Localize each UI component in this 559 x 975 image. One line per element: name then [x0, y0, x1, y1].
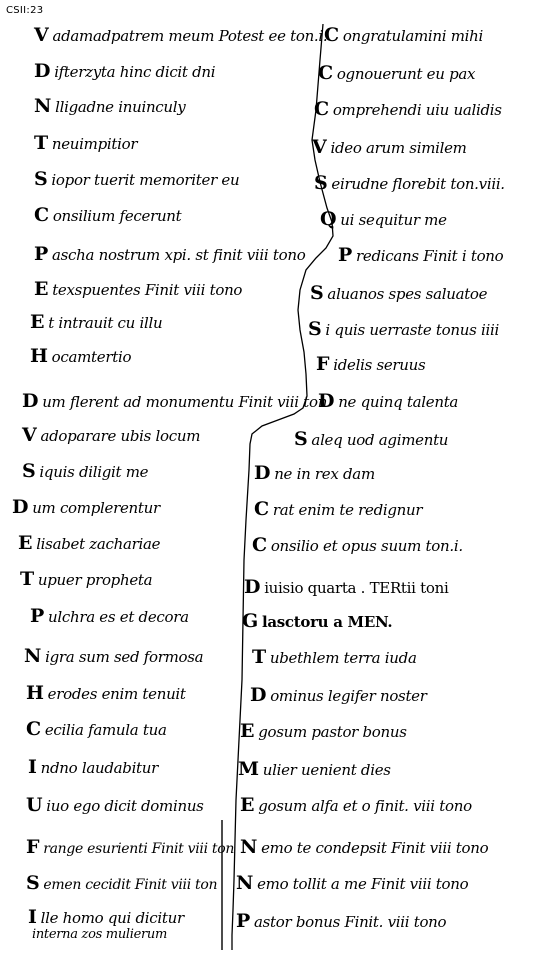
incipit-text: lasctoru a MEN.: [262, 613, 392, 631]
initial-letter: S: [314, 172, 327, 194]
incipit-text: emen cecidit Finit viii ton: [43, 877, 217, 893]
chant-incipit: Seirudne florebit ton.viii.: [314, 174, 505, 193]
chant-incipit: Tupuer propheta: [20, 570, 152, 589]
incipit-text: eirudne florebit ton.viii.: [331, 175, 504, 193]
chant-incipit: Siquis diligit me: [22, 462, 148, 481]
chant-incipit: Cecilia famula tua: [26, 720, 167, 739]
incipit-text: ubethlem terra iuda: [270, 649, 417, 667]
initial-letter: S: [294, 428, 307, 450]
incipit-text: ocamtertio: [52, 348, 132, 366]
chant-incipit: Comprehendi uiu ualidis: [314, 100, 502, 119]
incipit-text: igra sum sed formosa: [45, 648, 203, 666]
incipit-text: iquis diligit me: [39, 463, 148, 481]
chant-incipit: Tneuimpitior: [34, 134, 137, 153]
chant-incipit: Indno laudabitur: [28, 758, 158, 777]
initial-letter: T: [20, 568, 34, 590]
chant-incipit: Dominus legifer noster: [250, 686, 427, 705]
chant-incipit: Glasctoru a MEN.: [242, 612, 392, 631]
initial-letter: D: [22, 390, 38, 412]
initial-letter: S: [308, 318, 321, 340]
chant-incipit: Nemo te condepsit Finit viii tono: [240, 838, 488, 857]
chant-incipit: Cognouerunt eu pax: [318, 64, 475, 83]
initial-letter: F: [316, 353, 329, 375]
chant-incipit: Egosum pastor bonus: [240, 722, 407, 741]
initial-letter: N: [34, 95, 51, 117]
incipit-text: t intrauit cu illu: [48, 314, 162, 332]
chant-incipit: Siopor tuerit memoriter eu: [34, 170, 239, 189]
initial-letter: I: [28, 756, 37, 778]
initial-letter: D: [34, 60, 50, 82]
initial-letter: C: [34, 204, 49, 226]
incipit-text: gosum pastor bonus: [258, 723, 406, 741]
incipit-text: emo tollit a me Finit viii tono: [257, 875, 468, 893]
incipit-text: ongratulamini mihi: [343, 27, 483, 45]
initial-letter: U: [26, 794, 42, 816]
incipit-text: aluanos spes saluatoe: [327, 285, 487, 303]
chant-incipit: Pulchra es et decora: [30, 607, 189, 626]
initial-letter: I: [28, 906, 37, 928]
incipit-text: ne quinq talenta: [338, 393, 458, 411]
incipit-text: emo te condepsit Finit viii tono: [261, 839, 488, 857]
chant-incipit: Fidelis seruus: [316, 355, 425, 374]
initial-letter: F: [26, 836, 39, 858]
chant-incipit: Etexspuentes Finit viii tono: [34, 280, 242, 299]
initial-letter: P: [236, 910, 250, 932]
initial-letter: E: [240, 720, 254, 742]
chant-incipit: Dne quinq talenta: [318, 392, 458, 411]
initial-letter: H: [26, 682, 44, 704]
incipit-text: ulier uenient dies: [263, 761, 391, 779]
incipit-text: ndno laudabitur: [41, 759, 158, 777]
chant-incipit: Video arum similem: [312, 138, 467, 157]
incipit-text: gosum alfa et o finit. viii tono: [258, 797, 472, 815]
initial-letter: V: [312, 136, 326, 158]
initial-letter: E: [240, 794, 254, 816]
initial-letter: N: [24, 645, 41, 667]
initial-letter: P: [34, 243, 48, 265]
initial-letter: D: [244, 576, 260, 598]
incipit-text: iopor tuerit memoriter eu: [51, 171, 239, 189]
chant-incipit: Et intrauit cu illu: [30, 313, 162, 332]
initial-letter: P: [338, 244, 352, 266]
incipit-text: idelis seruus: [333, 356, 425, 374]
initial-letter: C: [252, 534, 267, 556]
chant-incipit: Pastor bonus Finit. viii tono: [236, 912, 446, 931]
initial-letter: T: [34, 132, 48, 154]
initial-letter: S: [34, 168, 47, 190]
chant-incipit: Mulier uenient dies: [238, 760, 391, 779]
initial-letter: V: [34, 24, 48, 46]
incipit-text: onsilio et opus suum ton.i.: [271, 537, 463, 555]
incipit-text: astor bonus Finit. viii tono: [254, 913, 446, 931]
chant-incipit: Vadoparare ubis locum: [22, 426, 200, 445]
incipit-text: neuimpitior: [52, 135, 137, 153]
initial-letter: H: [30, 345, 48, 367]
initial-letter: C: [318, 62, 333, 84]
initial-letter: C: [254, 498, 269, 520]
chant-incipit: Congratulamini mihi: [324, 26, 483, 45]
incipit-text: omprehendi uiu ualidis: [333, 101, 502, 119]
incipit-text: lle homo qui dicitur: [41, 909, 184, 927]
incipit-text: lligadne inuinculy: [55, 98, 185, 116]
initial-letter: E: [30, 311, 44, 333]
initial-letter: G: [242, 610, 258, 632]
initial-letter: S: [26, 872, 39, 894]
chant-incipit: Nemo tollit a me Finit viii tono: [236, 874, 468, 893]
chant-incipit: Uiuo ego dicit dominus: [26, 796, 204, 815]
chant-incipit: Consilio et opus suum ton.i.: [252, 536, 463, 555]
chant-incipit: Vadamadpatrem meum Potest ee ton.i.: [34, 26, 327, 45]
incipit-text: redicans Finit i tono: [356, 247, 503, 265]
chant-incipit: Crat enim te redignur: [254, 500, 422, 519]
chant-incipit: Ille homo qui dicitur: [28, 908, 184, 927]
incipit-text: ecilia famula tua: [45, 721, 167, 739]
incipit-text: ulchra es et decora: [48, 608, 189, 626]
incipit-text: ognouerunt eu pax: [337, 65, 475, 83]
chant-incipit: Egosum alfa et o finit. viii tono: [240, 796, 472, 815]
chant-incipit: Frange esurienti Finit viii ton: [26, 838, 234, 858]
incipit-text: i quis uerraste tonus iiii: [325, 321, 499, 339]
initial-letter: C: [324, 24, 339, 46]
incipit-text: ideo arum similem: [330, 139, 466, 157]
initial-letter: E: [34, 278, 48, 300]
initial-letter: D: [318, 390, 334, 412]
initial-letter: N: [236, 872, 253, 894]
incipit-text: ifterzyta hinc dicit dni: [54, 63, 215, 81]
incipit-text: ascha nostrum xpi. st finit viii tono: [52, 246, 305, 264]
incipit-text: iuo ego dicit dominus: [46, 797, 203, 815]
chant-incipit: Saleq uod agimentu: [294, 430, 448, 449]
chant-incipit: Difterzyta hinc dicit dni: [34, 62, 215, 81]
initial-letter: C: [314, 98, 329, 120]
incipit-text: adamadpatrem meum Potest ee ton.i.: [52, 27, 327, 45]
incipit-text: ui sequitur me: [340, 211, 446, 229]
incipit-text: adoparare ubis locum: [40, 427, 200, 445]
chant-incipit: Tubethlem terra iuda: [252, 648, 417, 667]
initial-letter: D: [12, 496, 28, 518]
chant-incipit: Consilium fecerunt: [34, 206, 181, 225]
incipit-text: iuisio quarta . TERtii toni: [264, 579, 448, 597]
chant-incipit: Nlligadne inuinculy: [34, 97, 185, 116]
initial-letter: E: [18, 532, 32, 554]
initial-letter: S: [310, 282, 323, 304]
chant-incipit: Semen cecidit Finit viii ton: [26, 874, 217, 894]
chant-incipit: Pascha nostrum xpi. st finit viii tono: [34, 245, 305, 264]
initial-letter: P: [30, 605, 44, 627]
chant-incipit: Dum complerentur: [12, 498, 160, 517]
initial-letter: D: [250, 684, 266, 706]
chant-incipit: Saluanos spes saluatoe: [310, 284, 487, 303]
chant-incipit: Nigra sum sed formosa: [24, 647, 203, 666]
chant-incipit: Elisabet zachariae: [18, 534, 160, 553]
incipit-text: range esurienti Finit viii ton: [43, 841, 234, 857]
incipit-text: erodes enim tenuit: [48, 685, 186, 703]
initial-letter: V: [22, 424, 36, 446]
chant-incipit: Si quis uerraste tonus iiii: [308, 320, 499, 339]
chant-incipit: Herodes enim tenuit: [26, 684, 186, 703]
incipit-text: ominus legifer noster: [270, 687, 426, 705]
incipit-text: upuer propheta: [38, 571, 152, 589]
chant-incipit: Dne in rex dam: [254, 464, 375, 483]
chant-incipit: Predicans Finit i tono: [338, 246, 503, 265]
initial-letter: S: [22, 460, 35, 482]
incipit-text: onsilium fecerunt: [53, 207, 182, 225]
initial-letter: N: [240, 836, 257, 858]
incipit-text: lisabet zachariae: [36, 535, 160, 553]
chant-incipit: Diuisio quarta . TERtii toni: [244, 578, 448, 597]
chant-incipit: Dum flerent ad monumentu Finit viii ton: [22, 392, 327, 411]
incipit-text: rat enim te redignur: [273, 501, 422, 519]
chant-incipit: Hocamtertio: [30, 347, 131, 366]
initial-letter: Q: [320, 208, 336, 230]
chant-incipit-continuation: interna zos mulierum: [32, 926, 167, 944]
initial-letter: M: [238, 758, 259, 780]
incipit-text: ne in rex dam: [274, 465, 375, 483]
incipit-text: texspuentes Finit viii tono: [52, 281, 242, 299]
incipit-text: um flerent ad monumentu Finit viii ton: [42, 393, 327, 411]
chant-incipit: Qui sequitur me: [320, 210, 447, 229]
initial-letter: C: [26, 718, 41, 740]
incipit-text: aleq uod agimentu: [311, 431, 448, 449]
initial-letter: D: [254, 462, 270, 484]
initial-letter: T: [252, 646, 266, 668]
incipit-text: um complerentur: [32, 499, 160, 517]
